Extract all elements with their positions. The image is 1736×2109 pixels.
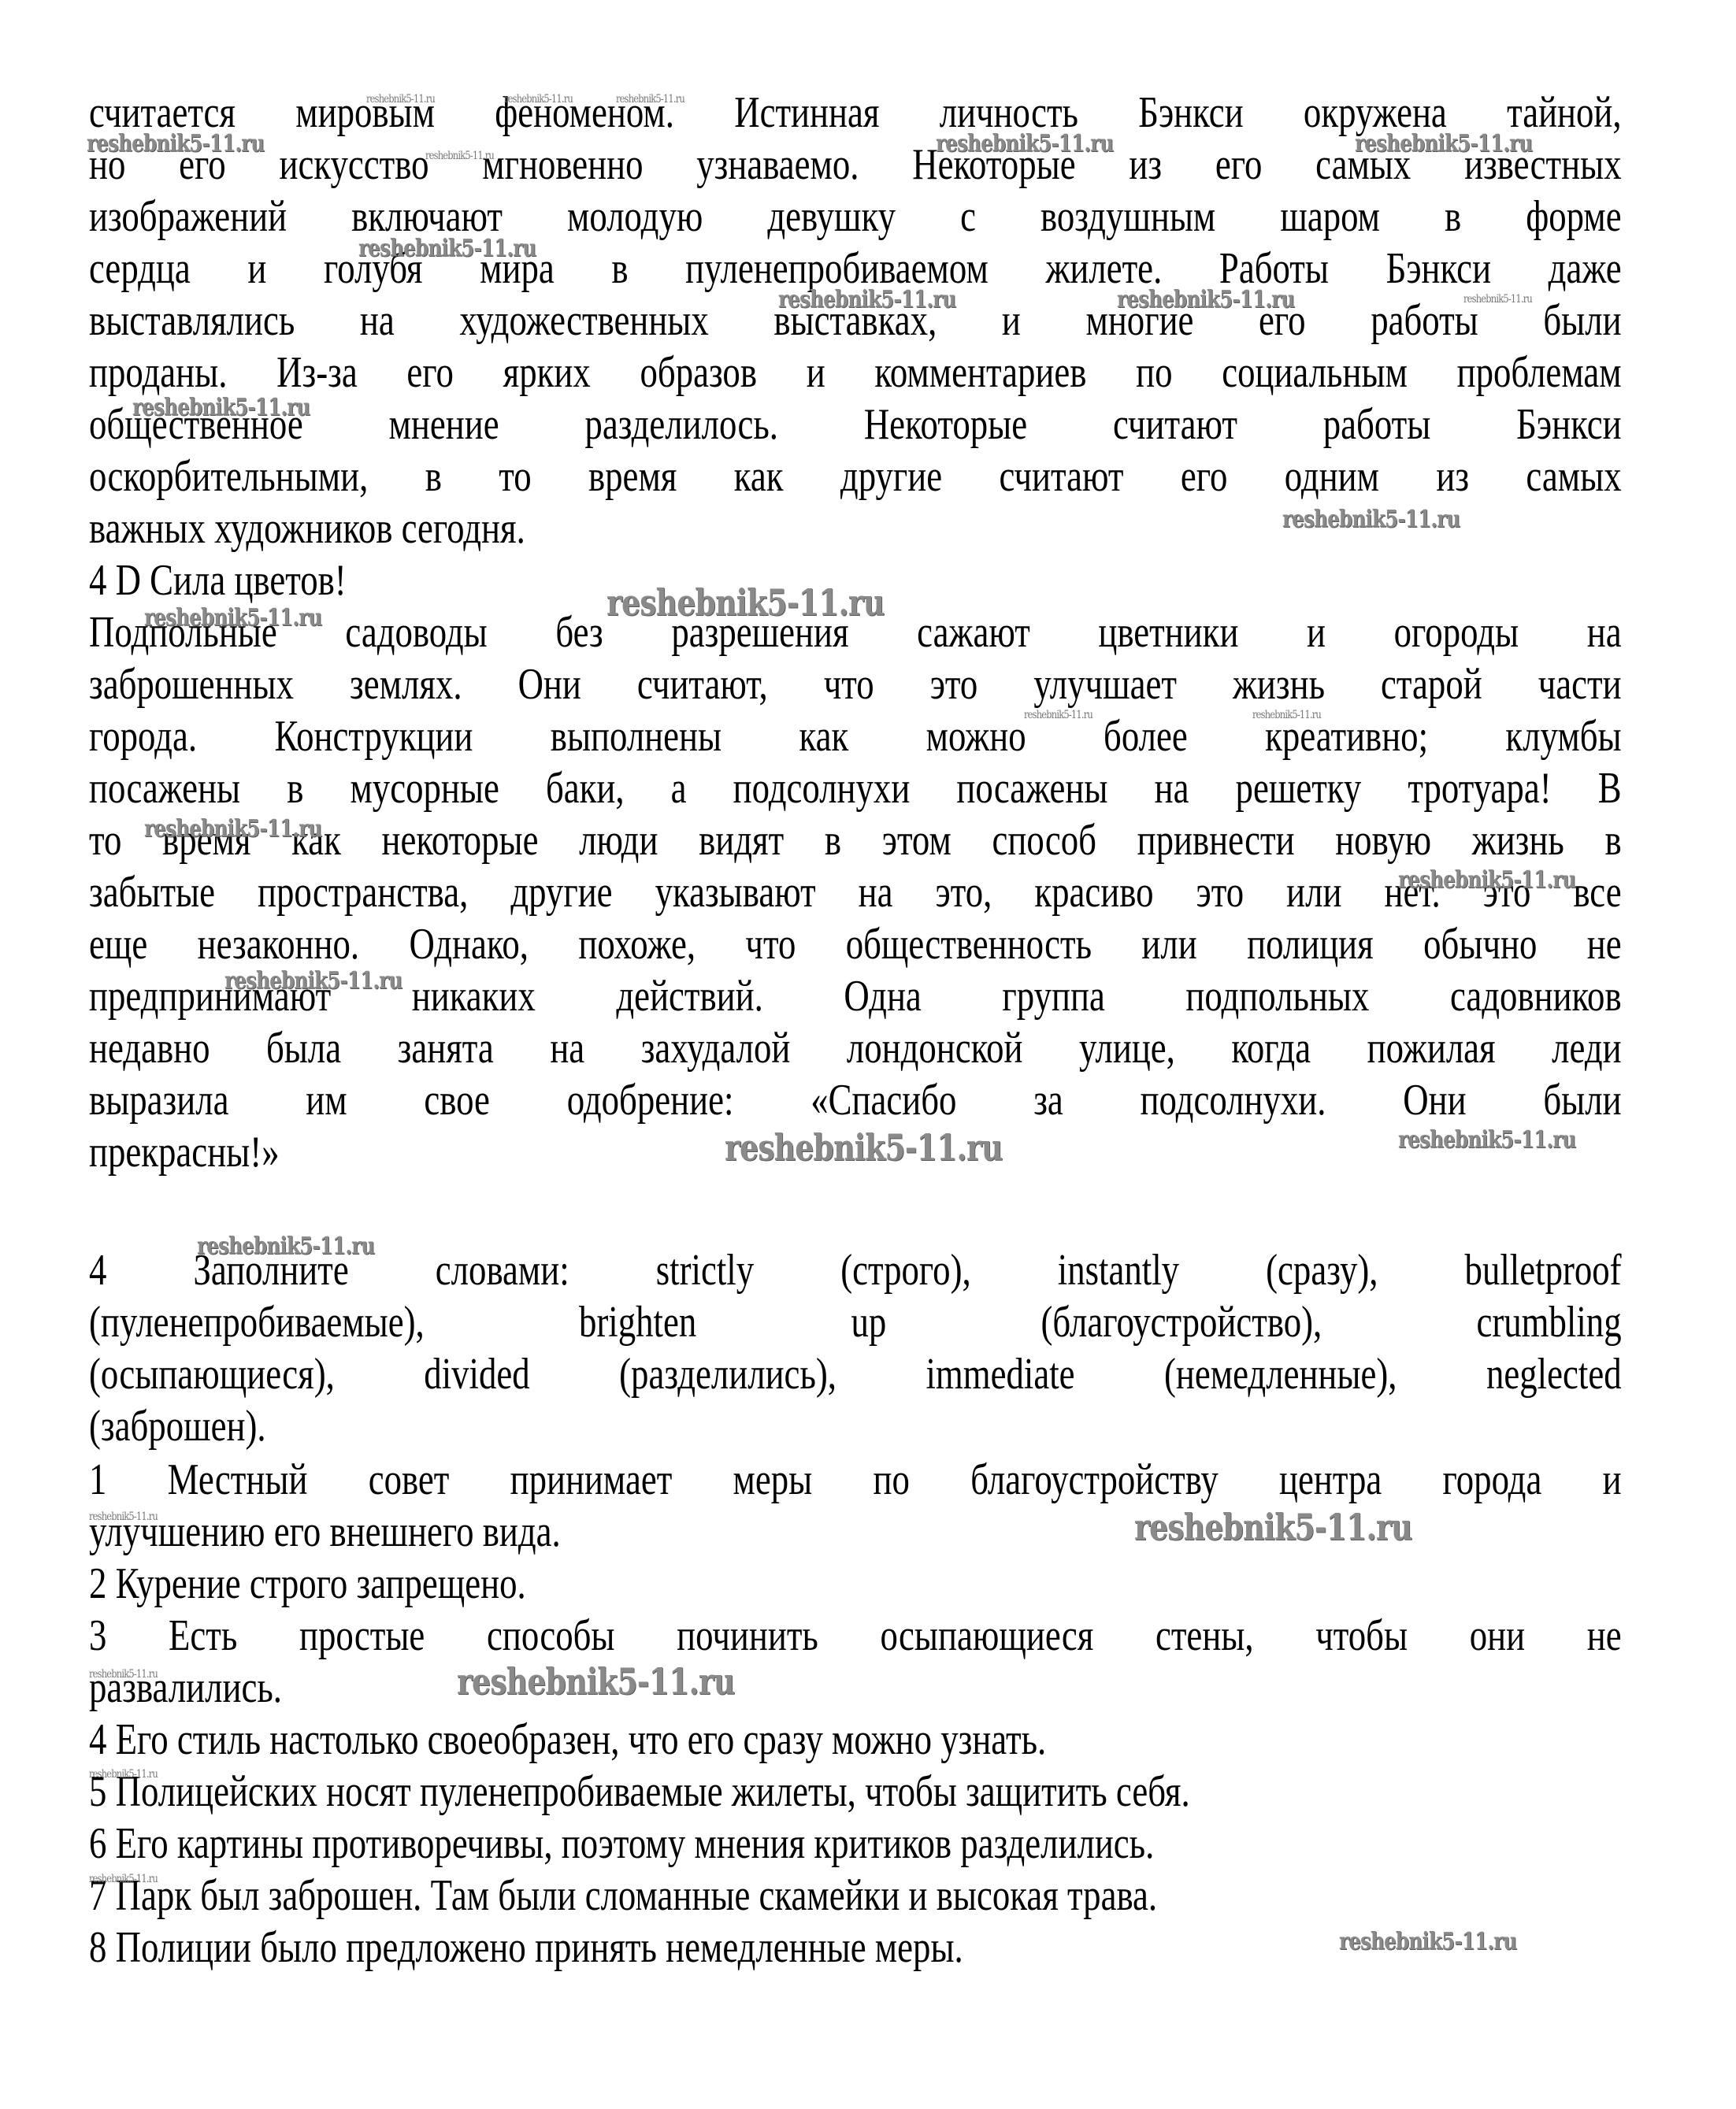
document-page: считается мировым феноменом. Истинная ли… xyxy=(0,0,1736,2109)
paragraph-line: оскорбительными, в то время как другие с… xyxy=(89,450,1622,502)
paragraph-line: выразила им свое одобрение: «Спасибо за … xyxy=(89,1074,1622,1126)
paragraph-line: еще незаконно. Однако, похоже, что общес… xyxy=(89,918,1622,970)
answer-item-1-cont: улучшению его внешнего вида. xyxy=(89,1506,1622,1558)
answer-item-6: 6 Его картины противоречивы, поэтому мне… xyxy=(89,1818,1622,1870)
paragraph-line: предпринимают никаких действий. Одна гру… xyxy=(89,970,1622,1022)
paragraph-line: города. Конструкции выполнены как можно … xyxy=(89,710,1622,762)
answer-item-5: 5 Полицейских носят пуленепробиваемые жи… xyxy=(89,1766,1622,1818)
paragraph-line: общественное мнение разделилось. Некотор… xyxy=(89,398,1622,450)
paragraph-line: Подпольные садоводы без разрешения сажаю… xyxy=(89,606,1622,658)
paragraph-line: забытые пространства, другие указывают н… xyxy=(89,866,1622,918)
instruction-line: 4 Заполните словами: strictly (строго), … xyxy=(89,1244,1622,1296)
instruction-line: (заброшен). xyxy=(89,1400,1622,1452)
answer-item-7: 7 Парк был заброшен. Там были сломанные … xyxy=(89,1870,1622,1922)
section-d-heading: 4 D Сила цветов! xyxy=(89,554,1622,606)
paragraph-line: но его искусство мгновенно узнаваемо. Не… xyxy=(89,139,1622,191)
paragraph-line: изображений включают молодую девушку с в… xyxy=(89,191,1622,243)
paragraph-line: считается мировым феноменом. Истинная ли… xyxy=(89,87,1622,139)
instruction-line: (осыпающиеся), divided (разделились), im… xyxy=(89,1348,1622,1400)
paragraph-line: посажены в мусорные баки, а подсолнухи п… xyxy=(89,762,1622,814)
paragraph-line: сердца и голубя мира в пуленепробиваемом… xyxy=(89,243,1622,295)
paragraph-line: то время как некоторые люди видят в этом… xyxy=(89,814,1622,866)
instruction-line: (пуленепробиваемые), brighten up (благоу… xyxy=(89,1296,1622,1348)
paragraph-line: прекрасны!» xyxy=(89,1126,1622,1178)
paragraph-line: заброшенных землях. Они считают, что это… xyxy=(89,658,1622,710)
answer-item-1: 1 Местный совет принимает меры по благоу… xyxy=(89,1454,1622,1506)
paragraph-line: недавно была занята на захудалой лондонс… xyxy=(89,1022,1622,1074)
answer-item-8: 8 Полиции было предложено принять немедл… xyxy=(89,1922,1622,1974)
answer-item-4: 4 Его стиль настолько своеобразен, что е… xyxy=(89,1714,1622,1766)
paragraph-line: выставлялись на художественных выставках… xyxy=(89,295,1622,347)
answer-item-3: 3 Есть простые способы починить осыпающи… xyxy=(89,1610,1622,1662)
paragraph-line: важных художников сегодня. xyxy=(89,502,1622,554)
answer-item-2: 2 Курение строго запрещено. xyxy=(89,1558,1622,1610)
paragraph-line: проданы. Из-за его ярких образов и комме… xyxy=(89,347,1622,398)
answer-item-3-cont: развалились. xyxy=(89,1662,1622,1714)
